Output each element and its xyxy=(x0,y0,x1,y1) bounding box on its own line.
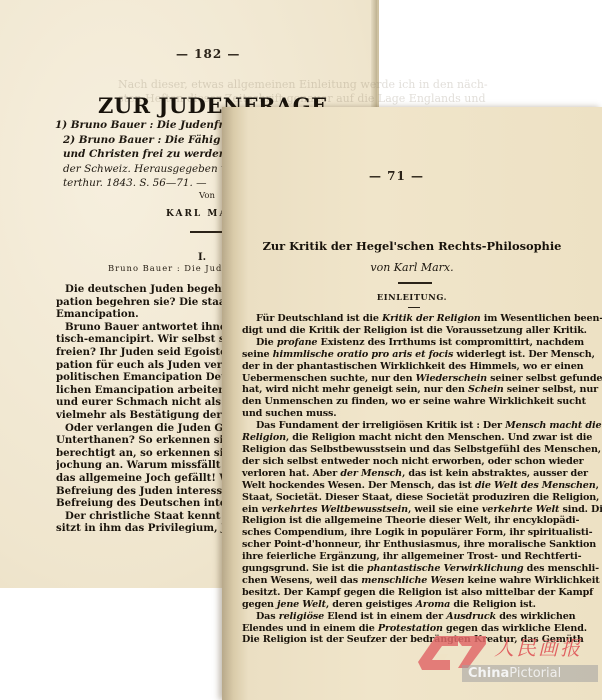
von-label: Von xyxy=(199,191,215,201)
article-title: Zur Kritik der Hegel'schen Rechts-Philos… xyxy=(222,239,602,253)
section-number: I. xyxy=(198,252,206,263)
watermark-english-text: ChinaPictorial xyxy=(462,665,598,682)
text-line: Welt hockendes Wesen. Der Mensch, das is… xyxy=(242,480,582,492)
text-line: ein verkehrtes Weltbewusstsein, weil sie… xyxy=(242,504,582,516)
watermark-chinese-text: 人民画报 xyxy=(494,632,582,661)
text-line: vielmehr als Bestätigung der Regel en xyxy=(56,409,246,422)
text-line: und eurer Schmach nicht als Ausnal xyxy=(56,396,246,409)
text-line: lichen Emancipation arbeiten und die xyxy=(56,384,246,397)
text-line: Unterthanen? So erkennen sie de xyxy=(56,434,246,447)
text-line: berechtigt an, so erkennen sie das Reg xyxy=(56,447,246,460)
text-line: pation begehren sie? Die staatsbi xyxy=(56,296,246,309)
text-line: und suchen muss. xyxy=(242,408,582,420)
watermark-china: China xyxy=(468,666,509,681)
text-line: Das Fundament der irreligiösen Kritik is… xyxy=(242,420,582,432)
author-byline: von Karl Marx. xyxy=(222,261,602,274)
text-line: ihre feierliche Ergänzung, ihr allgemein… xyxy=(242,551,582,563)
text-line: Religion ist die allgemeine Theorie dies… xyxy=(242,515,582,527)
text-line: pation für euch als Juden verlangt. Ih xyxy=(56,359,246,372)
text-line: digt und die Kritik der Religion ist die… xyxy=(242,325,582,337)
text-line: Religion das Selbstbewusstsein und das S… xyxy=(242,444,582,456)
body-text: Für Deutschland ist die Kritik der Relig… xyxy=(242,313,582,646)
decorative-rule xyxy=(408,307,420,308)
text-line: Staat, Societät. Dieser Staat, diese Soc… xyxy=(242,492,582,504)
text-line: den Unmenschen zu finden, wo er seine wa… xyxy=(242,396,582,408)
text-line: chen Wesens, weil das menschliche Wesen … xyxy=(242,575,582,587)
text-line: tisch-emancipirt. Wir selbst sind un xyxy=(56,333,246,346)
decorative-rule xyxy=(398,282,432,284)
text-line: der sich selbst entweder noch nicht erwo… xyxy=(242,456,582,468)
text-line: das allgemeine Joch gefällt! Warum xyxy=(56,472,246,485)
text-line: gegen jene Welt, deren geistiges Aroma d… xyxy=(242,599,582,611)
text-line: sitzt in ihm das Privilegium, Jude zu xyxy=(56,522,246,535)
text-line: Die deutschen Juden begehren die E xyxy=(56,283,246,296)
text-line: Für Deutschland ist die Kritik der Relig… xyxy=(242,313,582,325)
text-line: Befreiung des Deutschen interessirt? xyxy=(56,497,246,510)
text-line: Oder verlangen die Juden Gleichste xyxy=(56,422,246,435)
text-line: hat, wird nicht mehr geneigt sein, nur d… xyxy=(242,384,582,396)
china-pictorial-watermark: 人民画报 ChinaPictorial xyxy=(414,628,602,700)
watermark-pictorial: Pictorial xyxy=(509,666,561,681)
text-line: gungsgrund. Sie ist die phantastische Ve… xyxy=(242,563,582,575)
text-line: Das religiöse Elend ist in einem der Aus… xyxy=(242,611,582,623)
text-line: politischen Emancipation Deutschland xyxy=(56,371,246,384)
text-line: Emancipation. xyxy=(56,308,246,321)
text-line: Uebermenschen suchte, nur den Wiedersche… xyxy=(242,373,582,385)
author-name: KARL MA xyxy=(166,209,228,219)
text-line: verloren hat. Aber der Mensch, das ist k… xyxy=(242,468,582,480)
text-line: jochung an. Warum missfällt ihnen ih xyxy=(56,459,246,472)
text-line: besitzt. Der Kampf gegen die Religion is… xyxy=(242,587,582,599)
body-text: Die deutschen Juden begehren die Epation… xyxy=(56,283,246,535)
text-line: Religion, die Religion macht nicht den M… xyxy=(242,432,582,444)
front-page-kritik-hegel: — 71 — Zur Kritik der Hegel'schen Rechts… xyxy=(222,107,602,700)
text-line: seine himmlische oratio pro aris et foci… xyxy=(242,349,582,361)
text-line: Bruno Bauer antwortet ihnen : Nie xyxy=(56,321,246,334)
text-line: Befreiung des Juden interessiren, we xyxy=(56,485,246,498)
bleed-through-line: Nach dieser, etwas allgemeinen Einleitun… xyxy=(118,78,488,91)
text-line: Die profane Existenz des Irrthums ist co… xyxy=(242,337,582,349)
text-line: scher Point-d'honneur, ihr Enthusiasmus,… xyxy=(242,539,582,551)
page-number: — 71 — xyxy=(369,169,424,183)
page-number: — 182 — xyxy=(176,47,240,61)
text-line: Der christliche Staat kennt nur xyxy=(56,510,246,523)
section-heading: EINLEITUNG. xyxy=(222,292,602,302)
text-line: sches Compendium, ihre Logik in populäre… xyxy=(242,527,582,539)
text-line: freien? Ihr Juden seid Egoisten, we xyxy=(56,346,246,359)
text-line: der in der phantastischen Wirklichkeit d… xyxy=(242,361,582,373)
